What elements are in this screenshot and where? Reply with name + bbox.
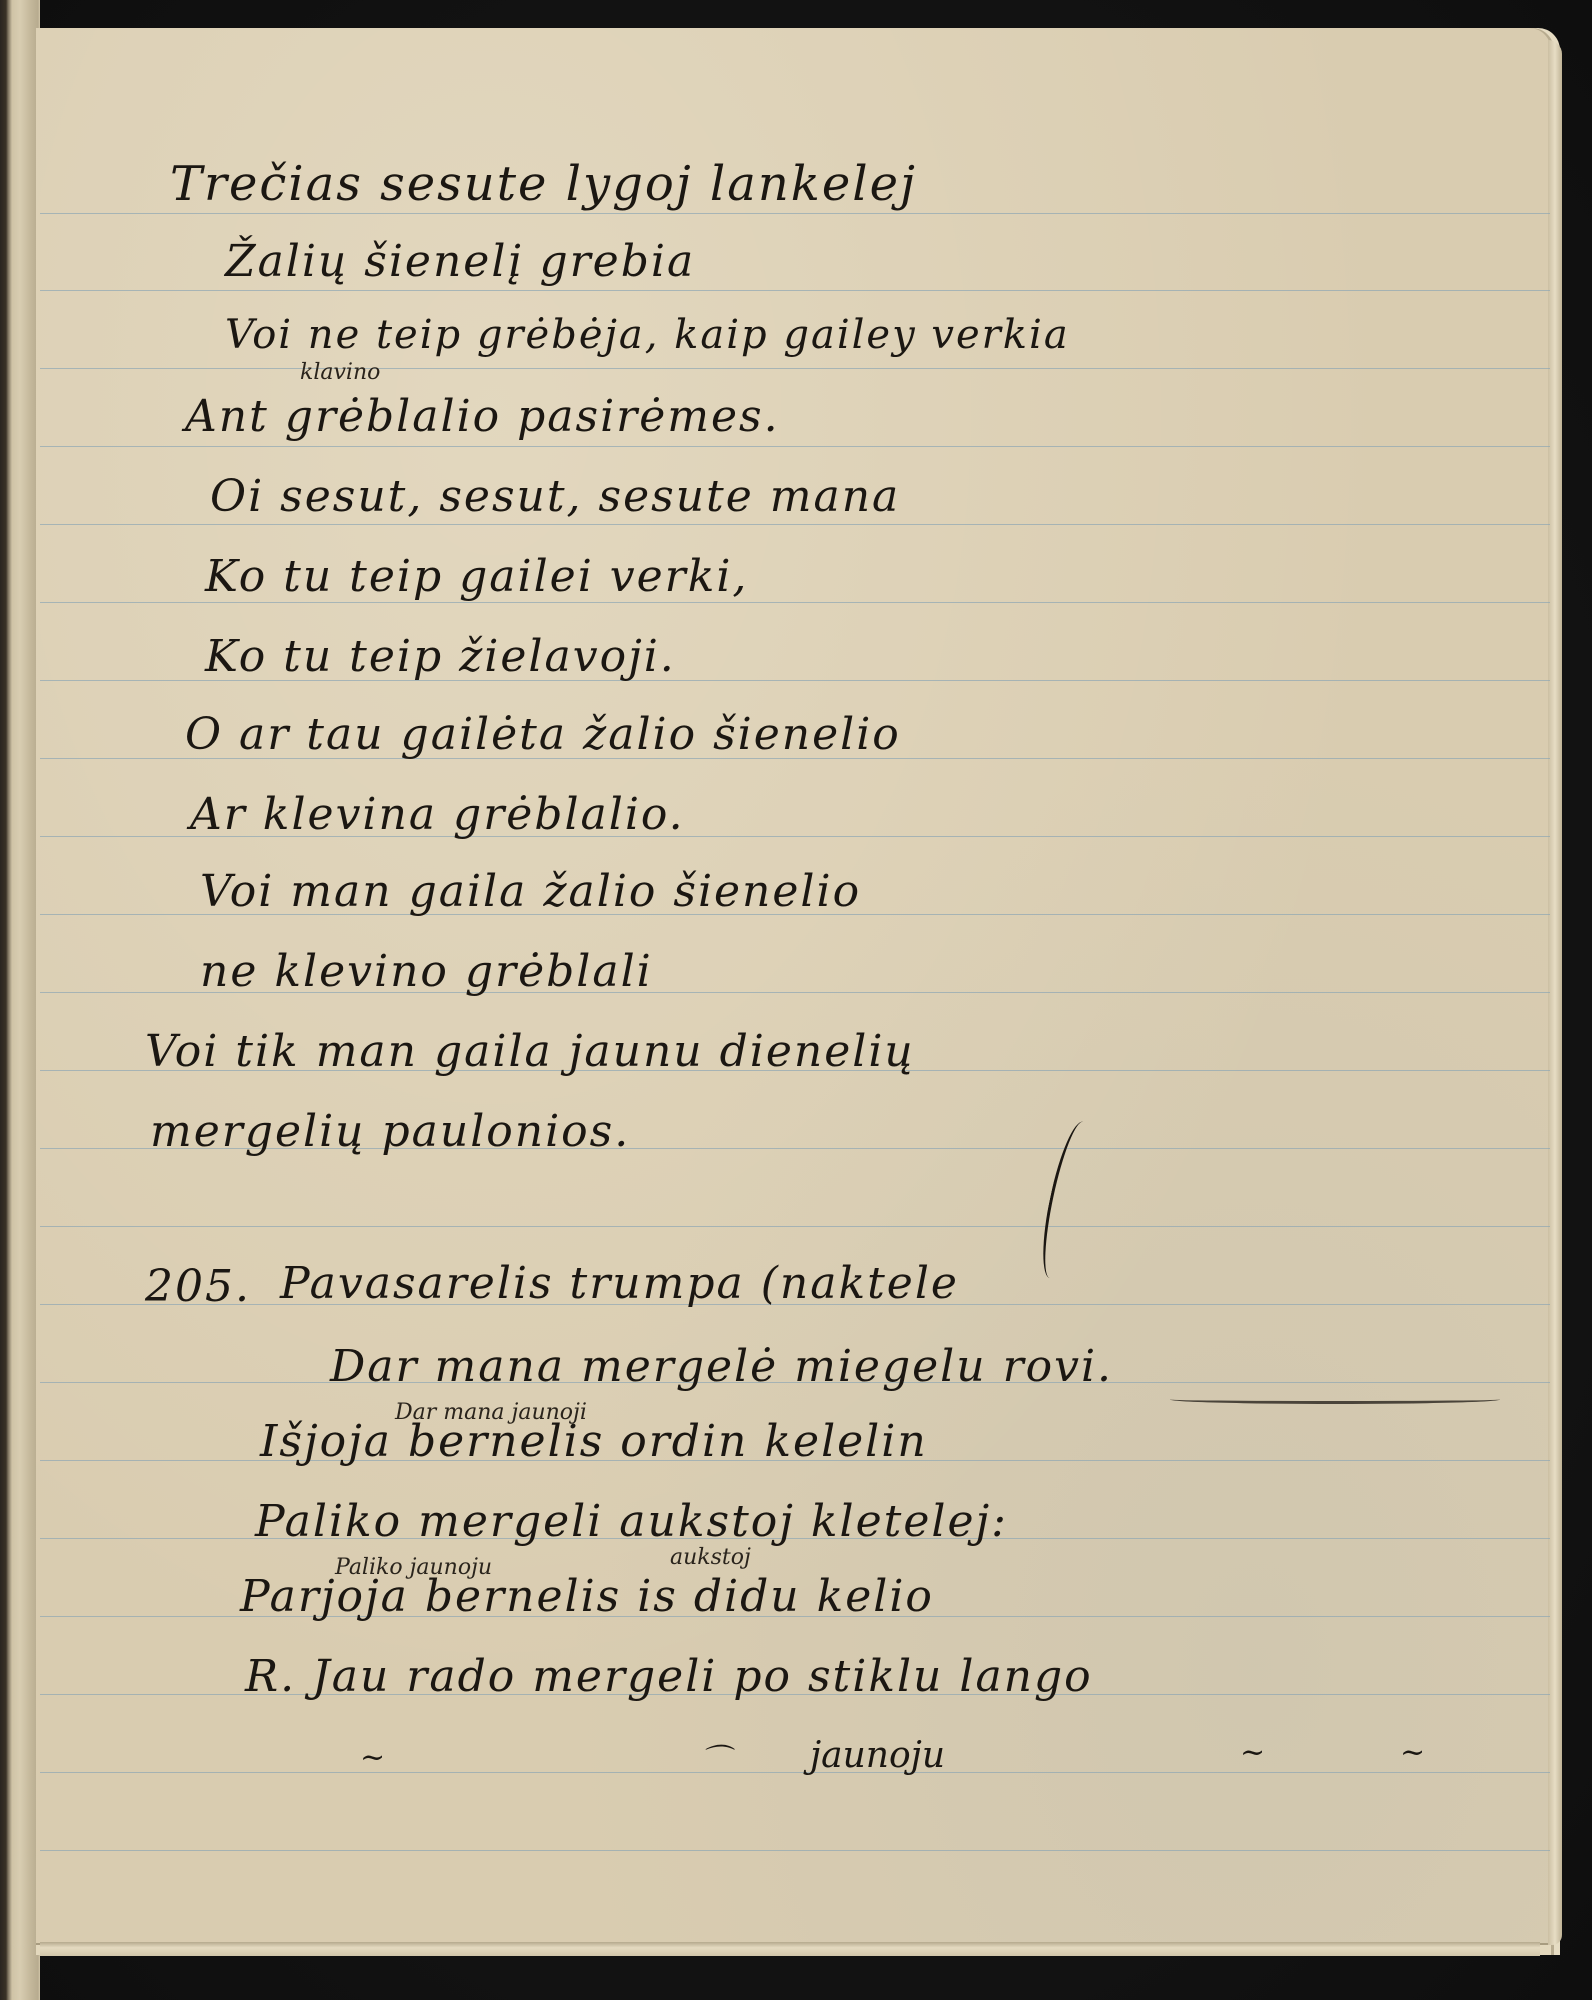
ditto-mark: ⌒	[700, 1735, 730, 1779]
song-line: Ar klevina grėblalio.	[190, 793, 685, 837]
song-line: Voi tik man gaila jaunu dienelių	[145, 1030, 915, 1074]
wavy-underline	[1170, 1395, 1500, 1404]
ditto-mark: ~	[360, 1740, 385, 1775]
ruled-line	[40, 213, 1550, 214]
song-title: Pavasarelis trumpa (naktele	[280, 1262, 959, 1306]
ditto-mark: ~	[1400, 1735, 1425, 1770]
interlinear-insertion: aukstoj	[670, 1545, 751, 1570]
ruled-line	[40, 368, 1550, 369]
page-edge-bottom	[40, 1942, 1540, 1956]
ditto-mark: ~	[1240, 1735, 1265, 1770]
ruled-line	[40, 1850, 1550, 1851]
song-line: Žalių šienelį grebia	[225, 240, 695, 284]
song-line: Voi ne teip grėbėja, kaip gailey verkia	[225, 315, 1070, 355]
song-line: Išjoja bernelis ordin kelelin	[260, 1420, 928, 1464]
page-edge-right	[1548, 40, 1562, 1945]
song-line: Paliko mergeli aukstoj kletelej:	[255, 1500, 1008, 1544]
song-number: 205.	[145, 1265, 251, 1309]
song-line: R. Jau rado mergeli po stiklu lango	[245, 1655, 1093, 1699]
song-line: Parjoja bernelis is didu kelio	[240, 1575, 934, 1619]
song-line: mergelių paulonios.	[150, 1110, 630, 1154]
ruled-line	[40, 446, 1550, 447]
ruled-line	[40, 602, 1550, 603]
song-line: Oi sesut, sesut, sesute mana	[210, 475, 900, 519]
song-line: O ar tau gailėta žalio šienelio	[185, 713, 901, 757]
song-line: Dar mana mergelė miegelu rovi.	[330, 1345, 1113, 1389]
ruled-line	[40, 1772, 1550, 1773]
song-line: Trečias sesute lygoj lankelej	[170, 160, 917, 208]
song-line: ne klevino grėblali	[200, 950, 653, 994]
song-line: Voi man gaila žalio šienelio	[200, 870, 861, 914]
notebook-gutter	[0, 0, 40, 2000]
interlinear-insertion: klavino	[300, 360, 380, 385]
song-line: Ko tu teip žielavoji.	[205, 635, 676, 679]
ruled-line	[40, 1226, 1550, 1227]
song-line: Ko tu teip gailei verki,	[205, 555, 748, 599]
ruled-line	[40, 290, 1550, 291]
song-line: Ant grėblalio pasirėmes.	[185, 395, 780, 439]
interlinear-word: jaunoju	[810, 1735, 945, 1776]
ruled-line	[40, 524, 1550, 525]
